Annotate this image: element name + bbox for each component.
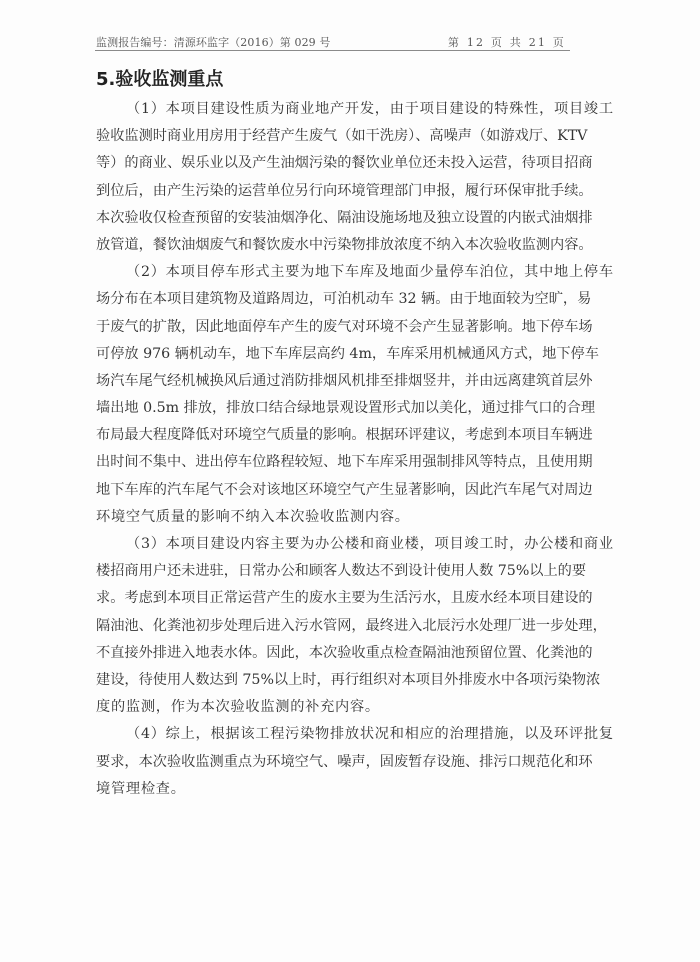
paragraph-3-line: 求。考虑到本项目正常运营产生的废水主要为生活污水，且废水经本项目建设的 bbox=[96, 585, 570, 612]
paragraph-4-line: 要求，本次验收监测重点为环境空气、噪声，固废暂存设施、排污口规范化和环 bbox=[96, 749, 570, 776]
paragraph-2-line: 于废气的扩散，因此地面停车产生的废气对环境不会产生显著影响。地下停车场 bbox=[96, 314, 570, 341]
paragraph-3-line: 度的监测，作为本次验收监测的补充内容。 bbox=[96, 694, 570, 721]
paragraph-2-line: 场分布在本项目建筑物及道路周边，可泊机动车 32 辆。由于地面较为空旷，易 bbox=[96, 286, 570, 313]
paragraph-3-line: 隔油池、化粪池初步处理后进入污水管网，最终进入北辰污水处理厂进一步处理， bbox=[96, 613, 570, 640]
paragraph-1-line: 验收监测时商业用房用于经营产生废气（如干洗房）、高噪声（如游戏厅、KTV bbox=[96, 123, 570, 150]
page-header: 监测报告编号：清源环监字（2016）第 029 号 第 12 页 共 21 页 bbox=[95, 33, 570, 51]
document-page: 监测报告编号：清源环监字（2016）第 029 号 第 12 页 共 21 页 … bbox=[0, 0, 700, 962]
paragraph-2-line: （2）本项目停车形式主要为地下车库及地面少量停车泊位，其中地上停车 bbox=[96, 259, 570, 286]
paragraph-1-line: 到位后，由产生污染的运营单位另行向环境管理部门申报，履行环保审批手续。 bbox=[96, 178, 570, 205]
paragraph-4-line: （4）综上，根据该工程污染物排放状况和相应的治理措施，以及环评批复 bbox=[96, 721, 570, 748]
paragraph-3-line: 不直接外排进入地表水体。因此，本次验收重点检查隔油池预留位置、化粪池的 bbox=[96, 640, 570, 667]
paragraph-2-line: 布局最大程度降低对环境空气质量的影响。根据环评建议，考虑到本项目车辆进 bbox=[96, 422, 570, 449]
paragraph-1-line: 等）的商业、娱乐业以及产生油烟污染的餐饮业单位还未投入运营，待项目招商 bbox=[96, 150, 570, 177]
paragraph-2-line: 墙出地 0.5m 排放，排放口结合绿地景观设置形式加以美化，通过排气口的合理 bbox=[96, 395, 570, 422]
paragraph-2-line: 出时间不集中、进出停车位路程较短、地下车库采用强制排风等特点，且使用期 bbox=[96, 449, 570, 476]
paragraph-2-line: 场汽车尾气经机械换风后通过消防排烟风机排至排烟竖井，并由远离建筑首层外 bbox=[96, 368, 570, 395]
report-number: 监测报告编号：清源环监字（2016）第 029 号 bbox=[96, 34, 330, 50]
paragraph-1-line: 放管道，餐饮油烟废气和餐饮废水中污染物排放浓度不纳入本次验收监测内容。 bbox=[96, 232, 570, 259]
paragraph-2-line: 可停放 976 辆机动车，地下车库层高约 4m，车库采用机械通风方式，地下停车 bbox=[96, 341, 570, 368]
paragraph-3-line: （3）本项目建设内容主要为办公楼和商业楼，项目竣工时，办公楼和商业 bbox=[96, 531, 570, 558]
paragraph-3-line: 楼招商用户还未进驻，日常办公和顾客人数达不到设计使用人数 75%以上的要 bbox=[96, 558, 570, 585]
section-body: （1）本项目建设性质为商业地产开发，由于项目建设的特殊性，项目竣工 验收监测时商… bbox=[96, 96, 570, 803]
page-info: 第 12 页 共 21 页 bbox=[448, 34, 566, 50]
paragraph-2-line: 地下车库的汽车尾气不会对该地区环境空气产生显著影响，因此汽车尾气对周边 bbox=[96, 477, 570, 504]
paragraph-3-line: 建设，待使用人数达到 75%以上时，再行组织对本项目外排废水中各项污染物浓 bbox=[96, 667, 570, 694]
paragraph-1-line: 本次验收仅检查预留的安装油烟净化、隔油设施场地及独立设置的内嵌式油烟排 bbox=[96, 205, 570, 232]
paragraph-2-line: 环境空气质量的影响不纳入本次验收监测内容。 bbox=[96, 504, 570, 531]
section-title: 5.验收监测重点 bbox=[96, 65, 223, 91]
paragraph-4-line: 境管理检查。 bbox=[96, 776, 570, 803]
paragraph-1-line: （1）本项目建设性质为商业地产开发，由于项目建设的特殊性，项目竣工 bbox=[96, 96, 570, 123]
